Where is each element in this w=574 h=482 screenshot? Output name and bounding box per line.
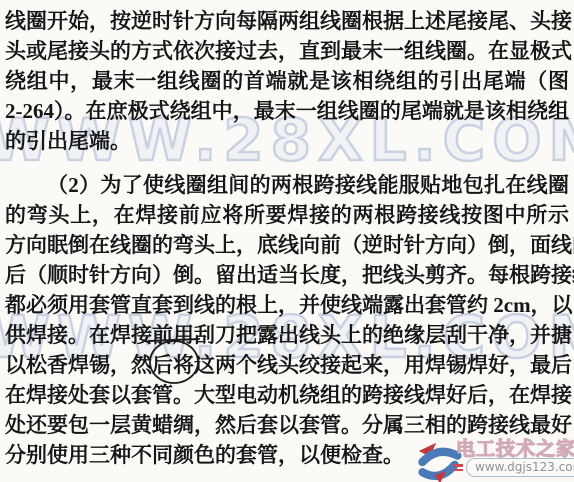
text-line-7: 的弯头上，在焊接前应将所要焊接的两根跨接线按图中所示 xyxy=(5,200,569,230)
text-line-12: 以松香焊锡，然后将这两个线头绞接起来，用焊锡焊好，最后 xyxy=(5,350,569,380)
text-line-8: 方向眠倒在线圈的弯头上，底线向前（逆时针方向）倒，面线向 xyxy=(5,230,569,260)
text-line-6: （2）为了使线圈组间的两根跨接线能服贴地包扎在线圈 xyxy=(5,170,569,200)
text-line-2: 头或尾接头的方式依次接过去，直到最末一组线圈。在显极式 xyxy=(5,36,569,66)
text-line-4: 2-264）。在庶极式绕组中，最末一组线圈的尾端就是该相绕组 xyxy=(5,96,569,126)
scanned-page: WWW.28XL.COM WWW.28XL.COM 电工技术之家 www.dgj… xyxy=(0,0,574,482)
text-line-10: 都必须用套管直套到线的根上，并使线端露出套管约 2cm，以 xyxy=(5,290,569,320)
text-line-3: 绕组中，最末一组线圈的首端就是该相绕组的引出尾端（图 xyxy=(5,66,569,96)
text-line-13: 在焊接处套以套管。大型电动机绕组的跨接线焊好后，在焊接 xyxy=(5,380,569,410)
document-text: 线圈开始，按逆时针方向每隔两组线圈根据上述尾接尾、头接 头或尾接头的方式依次接过… xyxy=(5,6,569,470)
text-line-5: 的引出尾端。 xyxy=(5,126,569,156)
text-line-1: 线圈开始，按逆时针方向每隔两组线圈根据上述尾接尾、头接 xyxy=(5,6,569,36)
text-line-11: 供焊接。在焊接前用刮刀把露出线头上的绝缘层刮干净，并搪 xyxy=(5,320,569,350)
text-line-15: 分别使用三种不同颜色的套管，以便检查。 xyxy=(5,440,569,470)
text-line-9: 后（顺时针方向）倒。留出适当长度，把线头剪齐。每根跨接线 xyxy=(5,260,569,290)
text-line-14: 处还要包一层黄蜡绸，然后套以套管。分属三相的跨接线最好 xyxy=(5,410,569,440)
